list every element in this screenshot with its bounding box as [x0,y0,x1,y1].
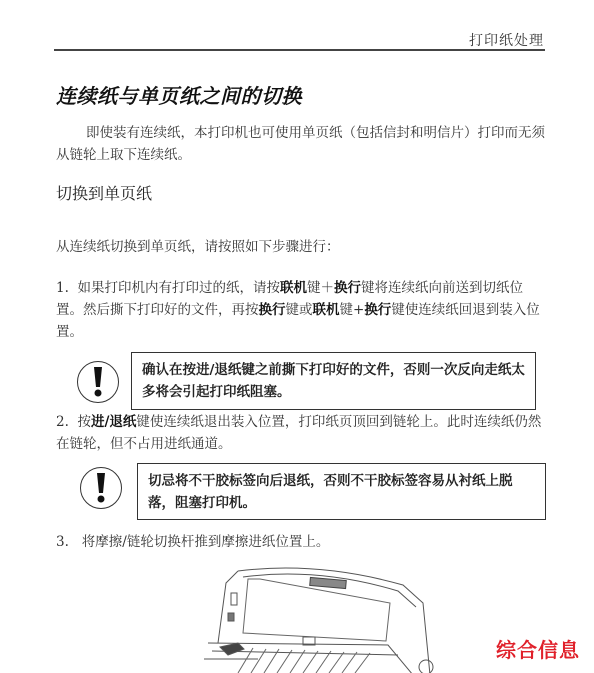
printer-illustration [198,563,438,673]
step-text: 键或 [286,302,313,318]
intro-paragraph: 即使装有连续纸，本打印机也可使用单页纸（包括信封和明信片）打印而无须从链轮上取下… [56,122,546,166]
subsection-title: 切换到单页纸 [56,181,152,204]
steps-lead: 从连续纸切换到单页纸，请按照如下步骤进行： [56,236,546,258]
key-name: 联机 [280,280,307,296]
step-text: 键+ [340,302,365,318]
key-name: 联机 [313,302,340,318]
step-text: 如果打印机内有打印过的纸，请按 [77,280,280,296]
step-number: 3. [56,534,69,550]
step-number: 1. [56,280,69,296]
key-name: 进/退纸 [91,414,136,430]
warning-exclamation-icon [77,361,119,403]
exclamation-icon [94,472,108,504]
warning-note-box: 切忌将不干胶标签向后退纸，否则不干胶标签容易从衬纸上脱落，阻塞打印机。 [137,463,546,520]
watermark-text: 综合信息 [496,634,580,663]
section-title: 连续纸与单页纸之间的切换 [56,80,302,109]
key-name: 换行 [334,280,361,296]
step-3: 3. 将摩擦/链轮切换杆推到摩擦进纸位置上。 [56,531,546,553]
step-number: 2. [56,414,69,430]
step-text: 按 [77,414,91,430]
warning-exclamation-icon [80,467,122,509]
step-2: 2. 按进/退纸键使连续纸退出装入位置，打印纸页顶回到链轮上。此时连续纸仍然在链… [56,411,546,455]
key-name: 换行 [259,302,286,318]
exclamation-icon [91,366,105,398]
chapter-title: 打印纸处理 [469,30,544,50]
step-1: 1. 如果打印机内有打印过的纸，请按联机键＋换行键将连续纸向前送到切纸位置。然后… [56,277,546,343]
key-name: 换行 [364,302,391,318]
step-text: 将摩擦/链轮切换杆推到摩擦进纸位置上。 [82,534,330,550]
header-divider [54,49,545,51]
warning-note-box: 确认在按进/退纸键之前撕下打印好的文件，否则一次反向走纸太多将会引起打印纸阻塞。 [131,352,536,410]
step-text: 键＋ [307,280,334,296]
